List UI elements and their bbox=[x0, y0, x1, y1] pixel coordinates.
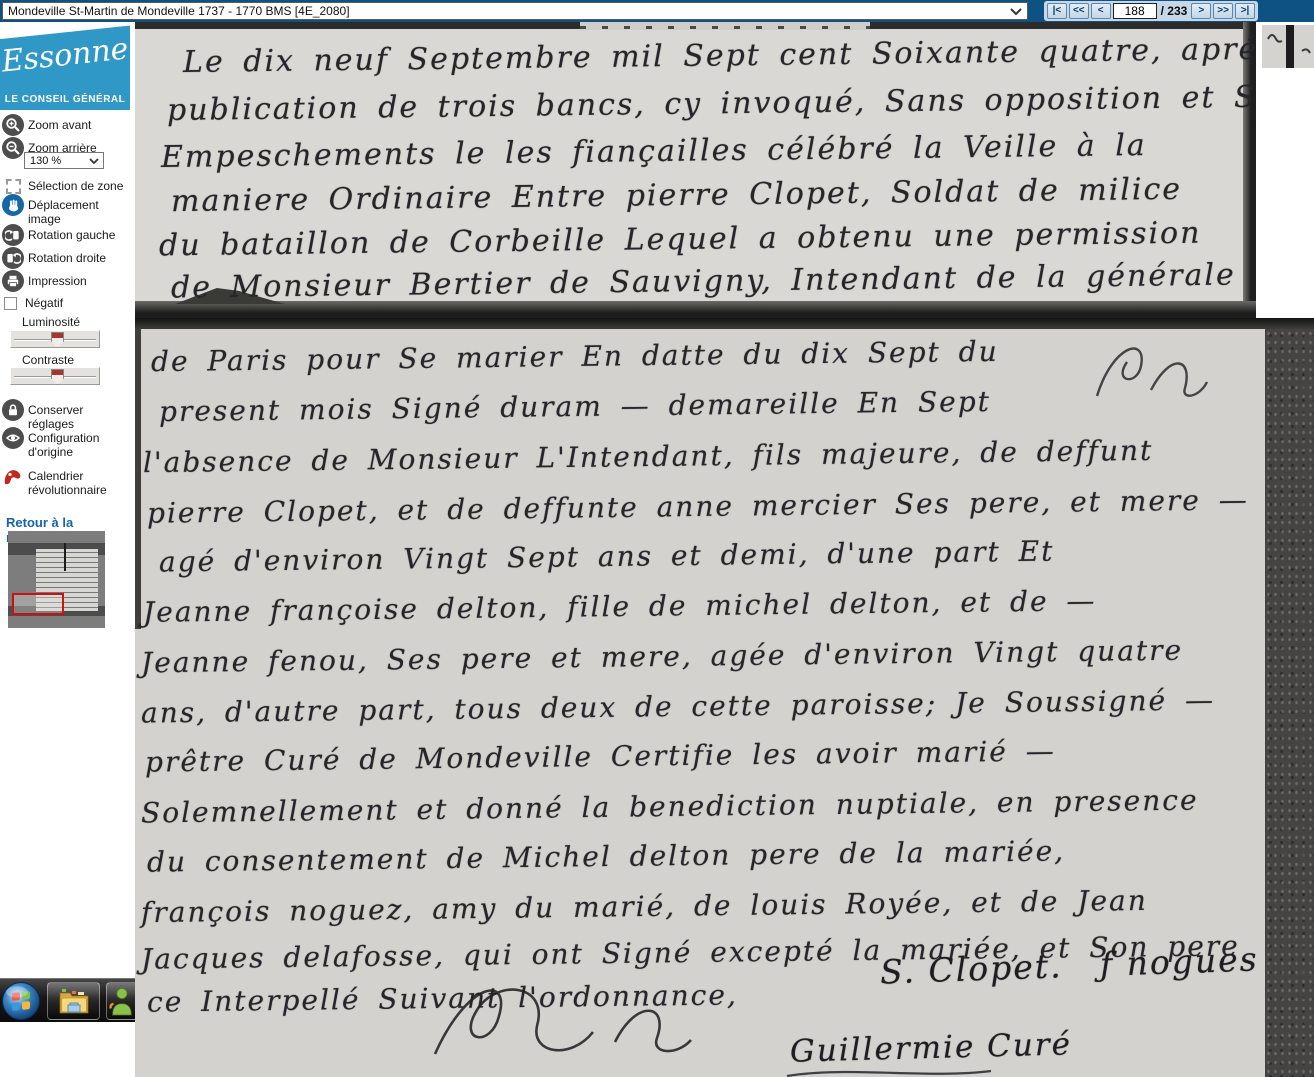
paraph-flourish bbox=[1085, 336, 1215, 408]
tool-zoom-in[interactable]: Zoom avant bbox=[2, 114, 128, 136]
manuscript-line: ce Interpellé Suivant l'ordonnance, bbox=[147, 978, 738, 1018]
tool-original-config[interactable]: Configuration d'origine bbox=[2, 427, 128, 459]
image-viewport: Le dix neuf Septembre mil Sept cent Soix… bbox=[130, 22, 1314, 1077]
contraste-slider[interactable] bbox=[10, 367, 100, 385]
first-page-button[interactable]: |< bbox=[1047, 3, 1067, 19]
contraste-label: Contraste bbox=[22, 353, 74, 367]
zoom-level-select[interactable]: 130 % bbox=[24, 152, 104, 169]
logo-name: Essonne bbox=[0, 31, 130, 79]
document-select-value: Mondeville St-Martin de Mondeville 1737 … bbox=[8, 4, 350, 18]
thumbnail-view-rectangle[interactable] bbox=[12, 593, 64, 615]
manuscript-line: maniere Ordinaire Entre pierre Clopet, S… bbox=[171, 172, 1182, 219]
scan-fragment-top-right bbox=[1262, 25, 1314, 68]
manuscript-line: present mois Signé duram — demareille En… bbox=[159, 385, 991, 428]
scan-left-edge bbox=[135, 329, 141, 629]
manuscript-line: agé d'environ Vingt Sept ans et demi, d'… bbox=[159, 535, 1055, 579]
manuscript-line: Jeanne fenou, Ses pere et mere, agée d'e… bbox=[141, 634, 1183, 680]
zoom-in-icon bbox=[2, 114, 24, 136]
windows-logo-icon bbox=[1, 981, 41, 1021]
essonne-logo: Essonne LE CONSEIL GÉNÉRAL bbox=[0, 22, 130, 110]
scan-fragment-marks bbox=[1262, 25, 1314, 68]
lock-icon bbox=[2, 399, 24, 421]
tool-label: Calendrier révolutionnaire bbox=[28, 465, 128, 497]
scan-right-background bbox=[1265, 329, 1314, 1077]
zoom-level-value: 130 % bbox=[30, 155, 61, 167]
tool-rotate-right[interactable]: Rotation droite bbox=[2, 247, 128, 269]
tool-label: Configuration d'origine bbox=[28, 427, 128, 459]
printer-icon bbox=[2, 270, 24, 292]
tool-label: Rotation droite bbox=[28, 247, 128, 265]
document-select[interactable]: Mondeville St-Martin de Mondeville 1737 … bbox=[2, 2, 1028, 20]
chevron-down-icon[interactable] bbox=[1008, 5, 1024, 18]
luminosite-slider-thumb[interactable] bbox=[51, 332, 64, 348]
page-number-input[interactable] bbox=[1113, 3, 1157, 19]
scan-cutoff-line bbox=[580, 22, 870, 30]
windows-start-button[interactable] bbox=[1, 981, 41, 1021]
negatif-checkbox[interactable] bbox=[4, 297, 17, 310]
manuscript-line: ans, d'autre part, tous deux de cette pa… bbox=[141, 683, 1215, 729]
tool-label: Sélection de zone bbox=[28, 175, 128, 193]
negatif-option: Négatif bbox=[4, 296, 63, 310]
tool-pan-image[interactable]: Déplacement image bbox=[2, 194, 128, 226]
manuscript-line: l'absence de Monsieur L'Intendant, fils … bbox=[143, 434, 1154, 479]
thumbnail-gutter-line bbox=[64, 543, 66, 571]
next-10-button[interactable]: >> bbox=[1213, 3, 1233, 19]
signature-cure: Guillermie Curé bbox=[790, 1026, 1073, 1069]
manuscript-line: de Paris pour Se marier En datte du dix … bbox=[151, 335, 999, 378]
contraste-slider-thumb[interactable] bbox=[51, 369, 64, 385]
scan-lower-section[interactable]: de Paris pour Se marier En datte du dix … bbox=[135, 318, 1314, 1077]
rotate-right-icon bbox=[2, 247, 24, 269]
tool-print[interactable]: Impression bbox=[2, 270, 128, 292]
page-total-label: / 233 bbox=[1159, 4, 1190, 18]
manuscript-line: publication de trois bancs, cy invoqué, … bbox=[167, 79, 1256, 128]
manuscript-line: de Monsieur Bertier de Sauvigny, Intenda… bbox=[171, 257, 1236, 305]
manuscript-line: Empeschements le les fiançailles célébré… bbox=[161, 128, 1147, 175]
manuscript-line: du bataillon de Corbeille Lequel a obten… bbox=[159, 216, 1202, 264]
page-navigation: |< << < / 233 > >> >| bbox=[1044, 1, 1258, 21]
tool-rotate-left[interactable]: Rotation gauche bbox=[2, 224, 128, 246]
tool-label: Rotation gauche bbox=[28, 224, 128, 242]
manuscript-line: françois noguez, amy du marié, de louis … bbox=[141, 884, 1148, 929]
messenger-contact-icon bbox=[107, 984, 135, 1018]
archive-viewer-window: Mondeville St-Martin de Mondeville 1737 … bbox=[0, 0, 1314, 1077]
explorer-taskbar-button[interactable] bbox=[47, 982, 100, 1020]
phrygian-cap-icon bbox=[2, 465, 24, 487]
tool-label: Zoom avant bbox=[28, 114, 128, 132]
windows-taskbar bbox=[0, 978, 135, 1022]
tool-label: Impression bbox=[28, 270, 128, 288]
chevron-down-icon bbox=[88, 156, 100, 166]
topbar: Mondeville St-Martin de Mondeville 1737 … bbox=[0, 0, 1314, 22]
rotate-left-icon bbox=[2, 224, 24, 246]
folder-icon bbox=[56, 985, 92, 1017]
manuscript-line: Le dix neuf Septembre mil Sept cent Soix… bbox=[183, 31, 1256, 80]
messenger-taskbar-button[interactable] bbox=[106, 982, 135, 1020]
sidebar: Essonne LE CONSEIL GÉNÉRAL Zoom avant Zo… bbox=[0, 22, 130, 1077]
prev-10-button[interactable]: << bbox=[1069, 3, 1089, 19]
tool-label: Déplacement image bbox=[28, 194, 128, 226]
logo-subtitle: LE CONSEIL GÉNÉRAL bbox=[0, 94, 130, 105]
tool-revolutionary-calendar[interactable]: Calendrier révolutionnaire bbox=[2, 465, 128, 497]
pan-hand-icon bbox=[2, 194, 24, 216]
manuscript-line: pierre Clopet, et de deffunte anne merci… bbox=[147, 483, 1249, 529]
zoom-out-icon bbox=[2, 137, 24, 159]
manuscript-line: prêtre Curé de Mondeville Certifie les a… bbox=[145, 734, 1056, 778]
scan-top-edge bbox=[135, 318, 1314, 329]
manuscript-line: du consentement de Michel delton pere de… bbox=[147, 834, 1065, 878]
negatif-label: Négatif bbox=[25, 296, 63, 310]
scan-upper-section[interactable]: Le dix neuf Septembre mil Sept cent Soix… bbox=[135, 22, 1256, 318]
manuscript-line: Solemnellement et donné la benediction n… bbox=[141, 784, 1199, 830]
last-page-button[interactable]: >| bbox=[1235, 3, 1255, 19]
luminosite-slider[interactable] bbox=[10, 330, 100, 348]
eye-icon bbox=[2, 427, 24, 449]
manuscript-line: Jeanne françoise delton, fille de michel… bbox=[143, 584, 1097, 629]
thumbnail-navigator[interactable] bbox=[8, 531, 105, 628]
luminosite-label: Luminosité bbox=[22, 315, 80, 329]
prev-page-button[interactable]: < bbox=[1091, 3, 1111, 19]
next-page-button[interactable]: > bbox=[1191, 3, 1211, 19]
